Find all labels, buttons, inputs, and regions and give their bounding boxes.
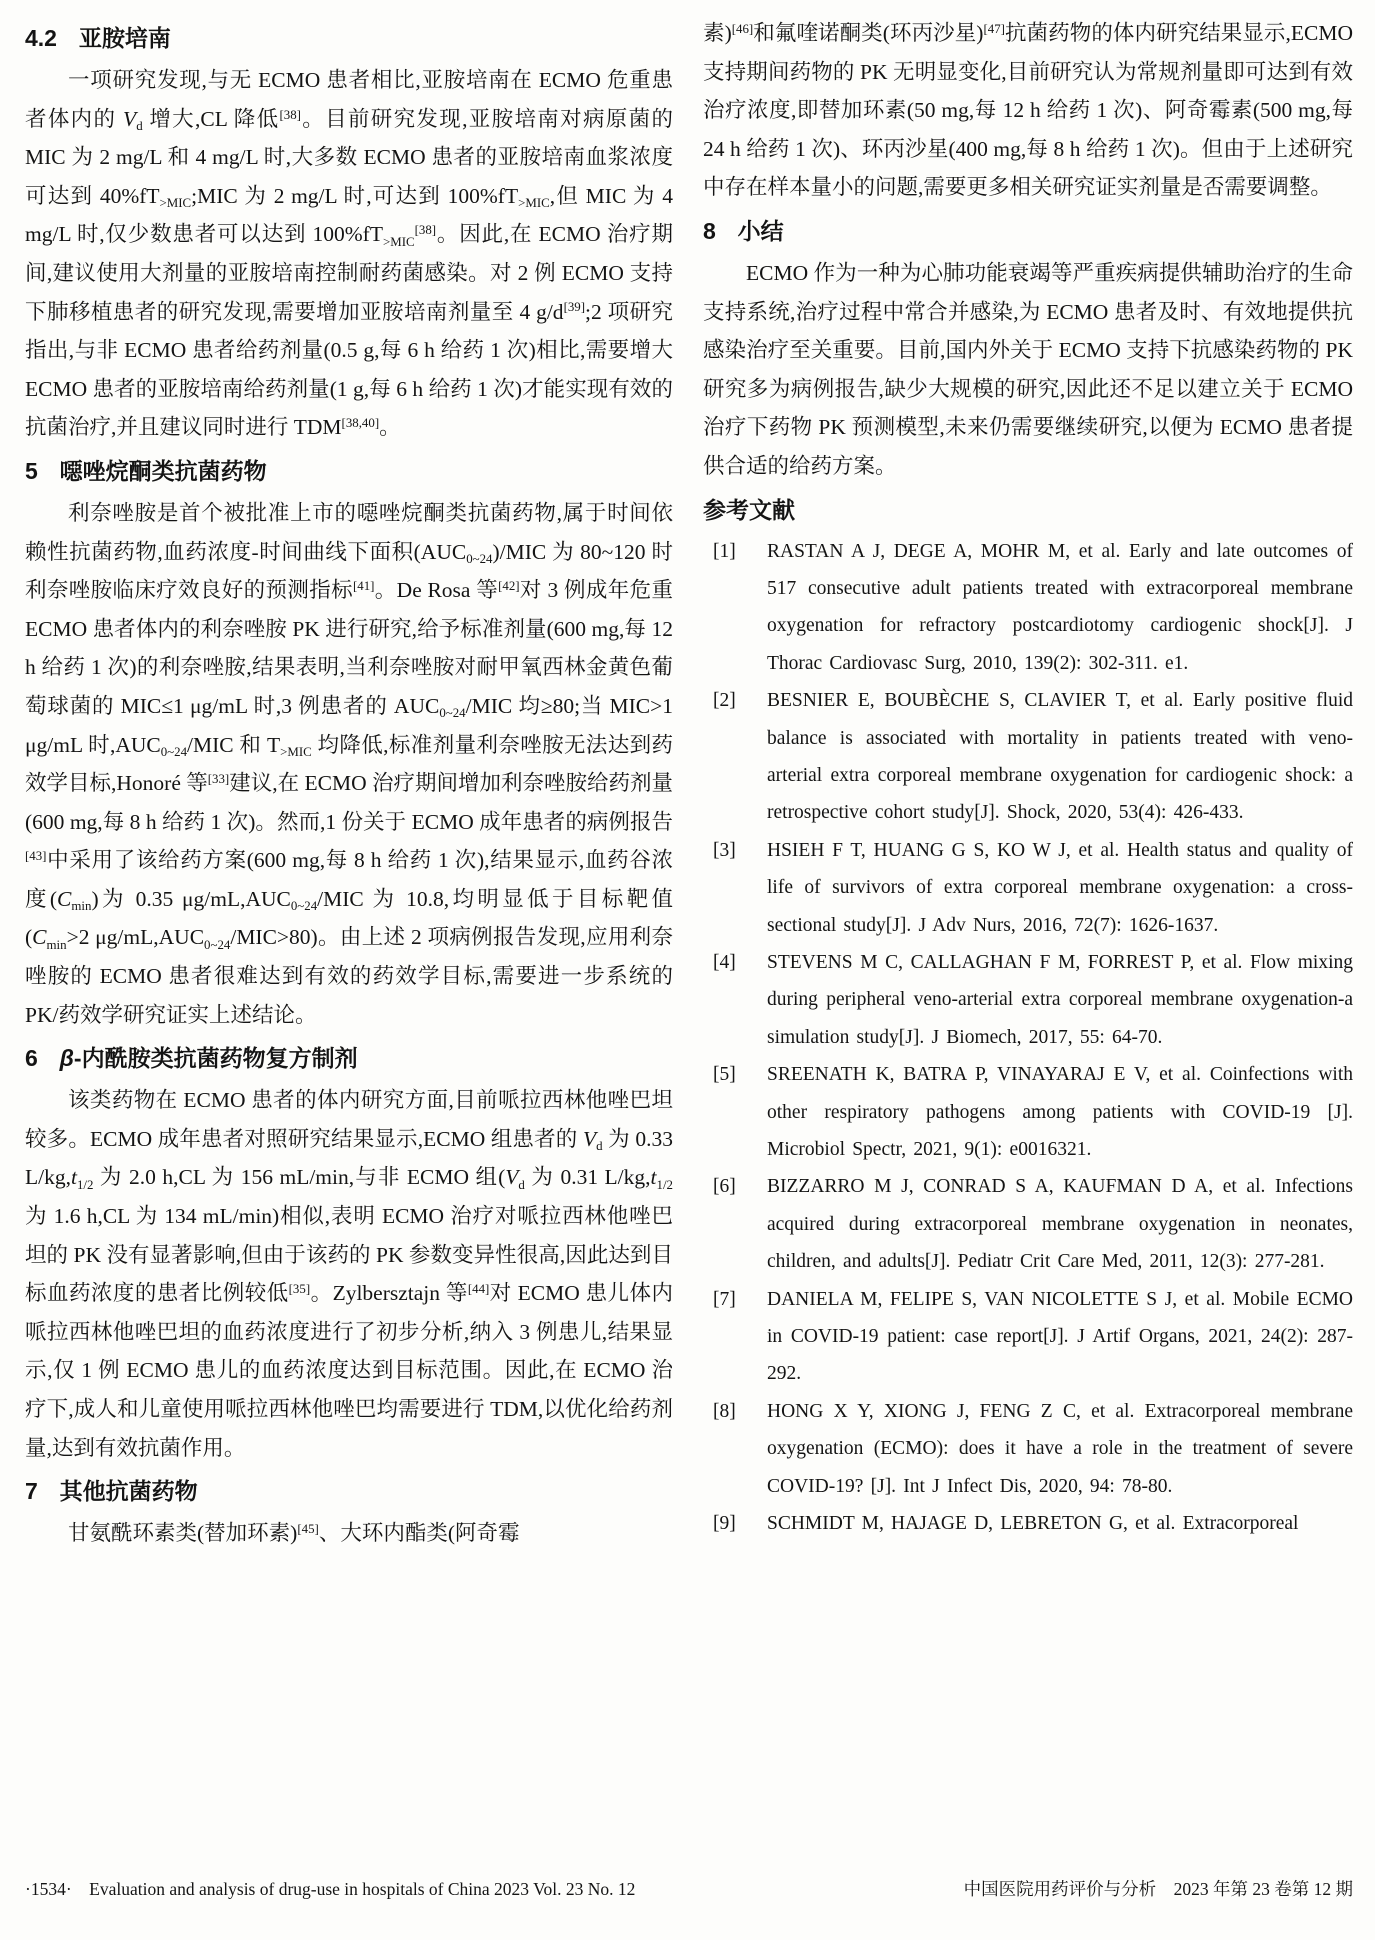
section-heading: 5噁唑烷酮类抗菌药物 — [25, 450, 673, 492]
paragraph: 甘氨酰环素类(替加环素)[45]、大环内酯类(阿奇霉 — [25, 1514, 673, 1553]
reference-item: [5]SREENATH K, BATRA P, VINAYARAJ E V, e… — [703, 1056, 1353, 1168]
reference-item: [8]HONG X Y, XIONG J, FENG Z C, et al. E… — [703, 1393, 1353, 1505]
reference-text: DANIELA M, FELIPE S, VAN NICOLETTE S J, … — [767, 1289, 1353, 1385]
reference-text: RASTAN A J, DEGE A, MOHR M, et al. Early… — [767, 541, 1353, 674]
reference-item: [9]SCHMIDT M, HAJAGE D, LEBRETON G, et a… — [703, 1505, 1353, 1542]
reference-text: BESNIER E, BOUBÈCHE S, CLAVIER T, et al.… — [767, 690, 1353, 823]
subscript-text: min — [71, 899, 91, 913]
subscript-text: 0~24 — [161, 745, 187, 759]
italic-symbol: t — [651, 1165, 657, 1189]
subscript-text: >MIC — [160, 196, 192, 210]
italic-symbol: C — [57, 887, 71, 911]
reference-number: [4] — [713, 944, 736, 981]
section-heading: 7其他抗菌药物 — [25, 1470, 673, 1512]
reference-number: [3] — [713, 832, 736, 869]
citation-superscript: [38,40] — [342, 416, 380, 430]
reference-text: STEVENS M C, CALLAGHAN F M, FORREST P, e… — [767, 952, 1353, 1048]
subscript-text: 0~24 — [204, 938, 230, 952]
section-heading: 6β-内酰胺类抗菌药物复方制剂 — [25, 1037, 673, 1079]
page-footer: ·1534· Evaluation and analysis of drug-u… — [25, 1876, 1353, 1902]
reference-number: [2] — [713, 682, 736, 719]
italic-symbol: V — [505, 1165, 518, 1189]
citation-superscript: [38] — [279, 108, 300, 122]
citation-superscript: [33] — [208, 772, 229, 786]
citation-superscript: [45] — [297, 1522, 318, 1536]
reference-number: [6] — [713, 1168, 736, 1205]
left-column: 4.2亚胺培南一项研究发现,与无 ECMO 患者相比,亚胺培南在 ECMO 危重… — [25, 14, 673, 1553]
reference-number: [5] — [713, 1056, 736, 1093]
subscript-text: 0~24 — [439, 706, 465, 720]
italic-symbol: V — [123, 107, 136, 131]
reference-item: [3]HSIEH F T, HUANG G S, KO W J, et al. … — [703, 832, 1353, 944]
subscript-text: d — [596, 1139, 602, 1153]
italic-symbol: C — [32, 925, 46, 949]
citation-superscript: [44] — [468, 1282, 489, 1296]
section-heading: 参考文献 — [703, 489, 1353, 531]
subscript-text: >MIC — [280, 745, 312, 759]
subscript-text: >MIC — [518, 196, 550, 210]
paragraph: ECMO 作为一种为心肺功能衰竭等严重疾病提供辅助治疗的生命支持系统,治疗过程中… — [703, 254, 1353, 486]
paragraph: 利奈唑胺是首个被批准上市的噁唑烷酮类抗菌药物,属于时间依赖性抗菌药物,血药浓度-… — [25, 494, 673, 1034]
section-number: 8 — [703, 218, 716, 244]
italic-symbol: β — [60, 1045, 74, 1071]
subscript-text: d — [518, 1178, 524, 1192]
reference-item: [1]RASTAN A J, DEGE A, MOHR M, et al. Ea… — [703, 533, 1353, 683]
citation-superscript: [43] — [25, 849, 46, 863]
reference-text: HSIEH F T, HUANG G S, KO W J, et al. Hea… — [767, 840, 1353, 936]
journal-page: 4.2亚胺培南一项研究发现,与无 ECMO 患者相比,亚胺培南在 ECMO 危重… — [0, 0, 1375, 1940]
reference-text: SREENATH K, BATRA P, VINAYARAJ E V, et a… — [767, 1064, 1353, 1160]
paragraph: 该类药物在 ECMO 患者的体内研究方面,目前哌拉西林他唑巴坦较多。ECMO 成… — [25, 1081, 673, 1467]
reference-number: [1] — [713, 533, 736, 570]
subscript-text: >MIC — [383, 235, 415, 249]
section-heading: 8小结 — [703, 210, 1353, 252]
section-number: 6 — [25, 1045, 38, 1071]
subscript-text: 1/2 — [657, 1178, 673, 1192]
subscript-text: min — [47, 938, 67, 952]
subscript-text: 1/2 — [77, 1178, 93, 1192]
reference-item: [4]STEVENS M C, CALLAGHAN F M, FORREST P… — [703, 944, 1353, 1056]
reference-item: [2]BESNIER E, BOUBÈCHE S, CLAVIER T, et … — [703, 682, 1353, 832]
citation-superscript: [35] — [289, 1282, 310, 1296]
reference-number: [8] — [713, 1393, 736, 1430]
right-column: 素)[46]和氟喹诺酮类(环丙沙星)[47]抗菌药物的体内研究结果显示,ECMO… — [703, 14, 1353, 1543]
citation-superscript: [41] — [353, 579, 374, 593]
footer-right: 中国医院用药评价与分析 2023 年第 23 卷第 12 期 — [964, 1876, 1353, 1902]
citation-superscript: [38] — [415, 223, 436, 237]
citation-superscript: [39] — [564, 300, 585, 314]
italic-symbol: V — [583, 1127, 596, 1151]
citation-superscript: [46] — [732, 22, 753, 36]
section-number: 5 — [25, 458, 38, 484]
reference-text: HONG X Y, XIONG J, FENG Z C, et al. Extr… — [767, 1401, 1353, 1497]
section-heading: 4.2亚胺培南 — [25, 17, 673, 59]
paragraph: 素)[46]和氟喹诺酮类(环丙沙星)[47]抗菌药物的体内研究结果显示,ECMO… — [703, 14, 1353, 207]
paragraph: 一项研究发现,与无 ECMO 患者相比,亚胺培南在 ECMO 危重患者体内的 V… — [25, 61, 673, 447]
reference-text: SCHMIDT M, HAJAGE D, LEBRETON G, et al. … — [767, 1513, 1298, 1534]
reference-number: [7] — [713, 1281, 736, 1318]
section-number: 7 — [25, 1478, 38, 1504]
reference-text: BIZZARRO M J, CONRAD S A, KAUFMAN D A, e… — [767, 1176, 1353, 1272]
reference-number: [9] — [713, 1505, 736, 1542]
reference-item: [7]DANIELA M, FELIPE S, VAN NICOLETTE S … — [703, 1281, 1353, 1393]
citation-superscript: [47] — [983, 22, 1004, 36]
section-number: 4.2 — [25, 25, 57, 51]
footer-left: ·1534· Evaluation and analysis of drug-u… — [25, 1876, 635, 1902]
citation-superscript: [42] — [498, 579, 519, 593]
subscript-text: 0~24 — [466, 552, 492, 566]
subscript-text: 0~24 — [291, 899, 317, 913]
subscript-text: d — [136, 119, 142, 133]
reference-item: [6]BIZZARRO M J, CONRAD S A, KAUFMAN D A… — [703, 1168, 1353, 1280]
